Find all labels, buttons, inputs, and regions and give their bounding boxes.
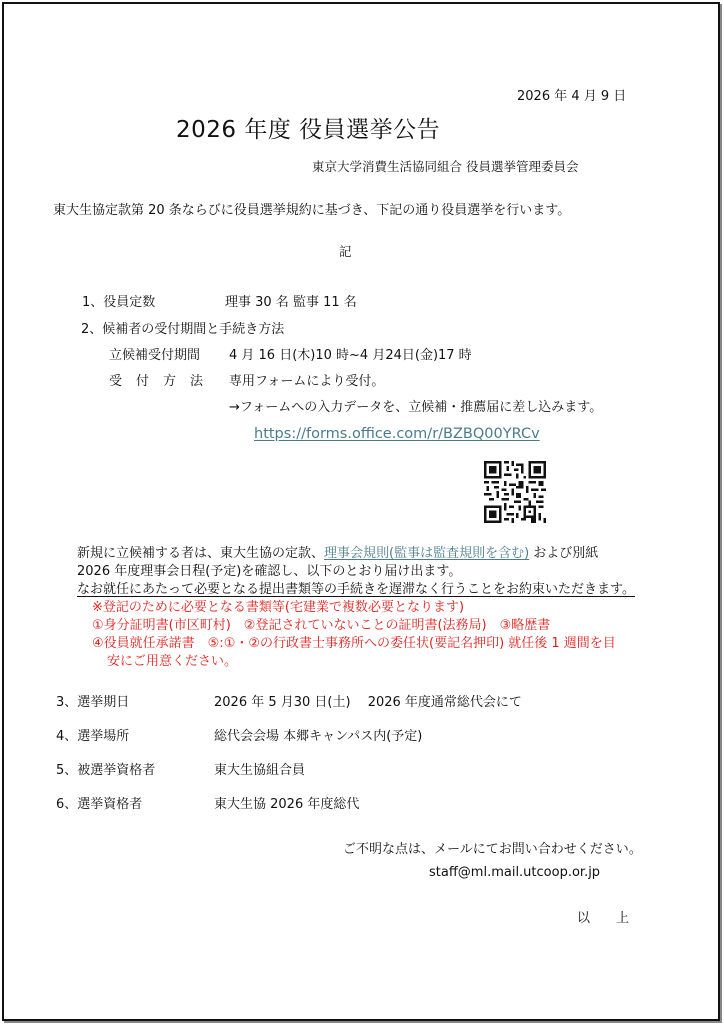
period-value: 4 月 16 日(木)10 時~4 月24日(金)17 時 [229,348,472,364]
qr-code-icon[interactable] [484,461,546,523]
document-page [2,2,720,1021]
item3-label: 3、選挙期日 [56,695,129,711]
item5-value: 東大生協組合員 [214,763,305,779]
required-docs-line2: ④役員就任承諾書 ⑤:①・②の行政書士事務所への委任状(要記名押印) 就任後 1… [92,636,616,652]
notice-line2: 2026 年度理事会日程(予定)を確認し、以下のとおり届け出ます。 [77,564,461,580]
period-label: 立候補受付期間 [109,348,200,364]
intro-text: 東大生協定款第 20 条ならびに役員選挙規約に基づき、下記の通り役員選挙を行いま… [53,203,570,219]
item3-value: 2026 年 5 月30 日(土) 2026 年度通常総代会にて [214,695,522,711]
ki-heading: 記 [339,244,352,260]
form-url-link[interactable]: https://forms.office.com/r/BZBQ00YRCv [254,425,540,443]
closing-text: 以 上 [577,911,629,927]
inquiry-text: ご不明な点は、メールにてお問い合わせください。 [343,842,642,858]
page-title: 2026 年度 役員選挙公告 [176,116,440,144]
item4-label: 4、選挙場所 [56,729,129,745]
item1-value: 理事 30 名 監事 11 名 [225,295,357,311]
notice-line3: なお就任にあたって必要となる提出書類等の手続きを遅滞なく行うことをお約束いただき… [77,582,635,598]
method-label: 受付方法 [109,374,217,390]
issuer: 東京大学消費生活協同組合 役員選挙管理委員会 [312,159,578,175]
method-value: 専用フォームにより受付。 [229,374,384,390]
required-docs-heading: ※登記のために必要となる書類等(宅建業で複数必要となります) [92,600,464,616]
document-date: 2026 年 4 月 9 日 [517,89,626,105]
method-note: →フォームへの入力データを、立候補・推薦届に差し込みます。 [229,400,602,416]
notice-line1: 新規に立候補する者は、東大生協の定款、理事会規則(監事は監査規則を含む) および… [77,546,598,562]
notice-line1-post: および別紙 [529,546,598,561]
item1-label: 1、役員定数 [82,295,155,311]
item4-value: 総代会会場 本郷キャンパス内(予定) [214,729,422,745]
item6-value: 東大生協 2026 年度総代 [214,797,359,813]
item6-label: 6、選挙資格者 [56,797,142,813]
notice-line1-pre: 新規に立候補する者は、東大生協の定款、 [77,546,324,561]
item2-label: 2、候補者の受付期間と手続き方法 [81,322,284,338]
board-rules-link[interactable]: 理事会規則(監事は監査規則を含む) [324,546,529,561]
contact-email[interactable]: staff@ml.mail.utcoop.or.jp [429,865,600,881]
required-docs-line1: ①身分証明書(市区町村) ②登記されていないことの証明書(法務局) ③略歴書 [92,618,550,634]
item5-label: 5、被選挙資格者 [56,763,155,779]
required-docs-line3: 安にご用意ください。 [107,654,237,670]
